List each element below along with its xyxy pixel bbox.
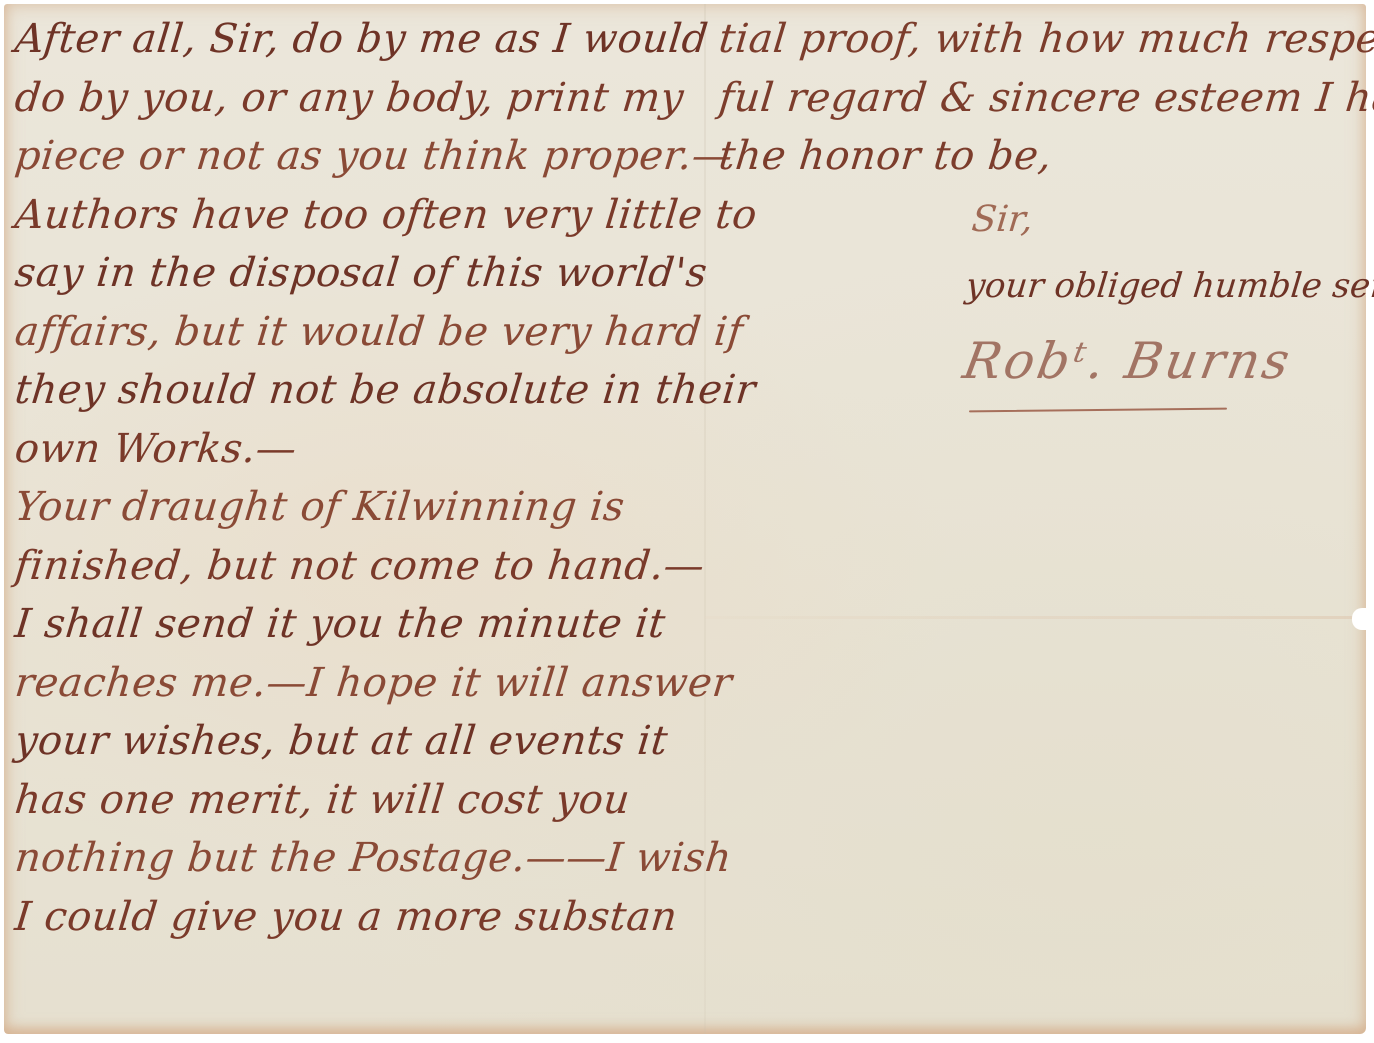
letter-line: piece or not as you think proper.— xyxy=(12,127,708,186)
letter-line: do by you, or any body, print my xyxy=(12,69,708,128)
letter-line: reaches me.—I hope it will answer xyxy=(12,654,708,713)
letter-line: affairs, but it would be very hard if xyxy=(12,303,708,362)
horizontal-fold-line xyxy=(704,616,1366,619)
letter-line: your wishes, but at all events it xyxy=(12,712,708,771)
letter-line: they should not be absolute in their xyxy=(12,361,708,420)
right-column-text: tial proof, with how much respect ful re… xyxy=(716,10,1366,186)
closing-phrase: your obliged humble servᵗ xyxy=(964,266,1374,306)
letter-line: own Works.— xyxy=(12,420,708,479)
letter-line: the honor to be, xyxy=(716,127,1372,186)
letter-line: has one merit, it will cost you xyxy=(12,771,708,830)
letter-line: After all, Sir, do by me as I would xyxy=(12,10,708,69)
letter-line: I could give you a more substan xyxy=(12,888,708,947)
letter-line: tial proof, with how much respect xyxy=(716,10,1372,69)
paper-edge-tear xyxy=(1352,608,1370,630)
letter-line: Your draught of Kilwinning is xyxy=(12,478,708,537)
left-column-text: After all, Sir, do by me as I would do b… xyxy=(12,10,702,946)
letter-paper: After all, Sir, do by me as I would do b… xyxy=(4,4,1366,1034)
letter-line: say in the disposal of this world's xyxy=(12,244,708,303)
letter-line: nothing but the Postage.——I wish xyxy=(12,829,708,888)
closing-salutation: Sir, xyxy=(970,199,1035,240)
letter-line: ful regard & sincere esteem I have xyxy=(716,69,1372,128)
letter-line: finished, but not come to hand.— xyxy=(12,537,708,596)
signature-underline xyxy=(969,408,1227,413)
letter-line: I shall send it you the minute it xyxy=(12,595,708,654)
signature: Robᵗ. Burns xyxy=(959,332,1297,390)
letter-line: Authors have too often very little to xyxy=(12,186,708,245)
